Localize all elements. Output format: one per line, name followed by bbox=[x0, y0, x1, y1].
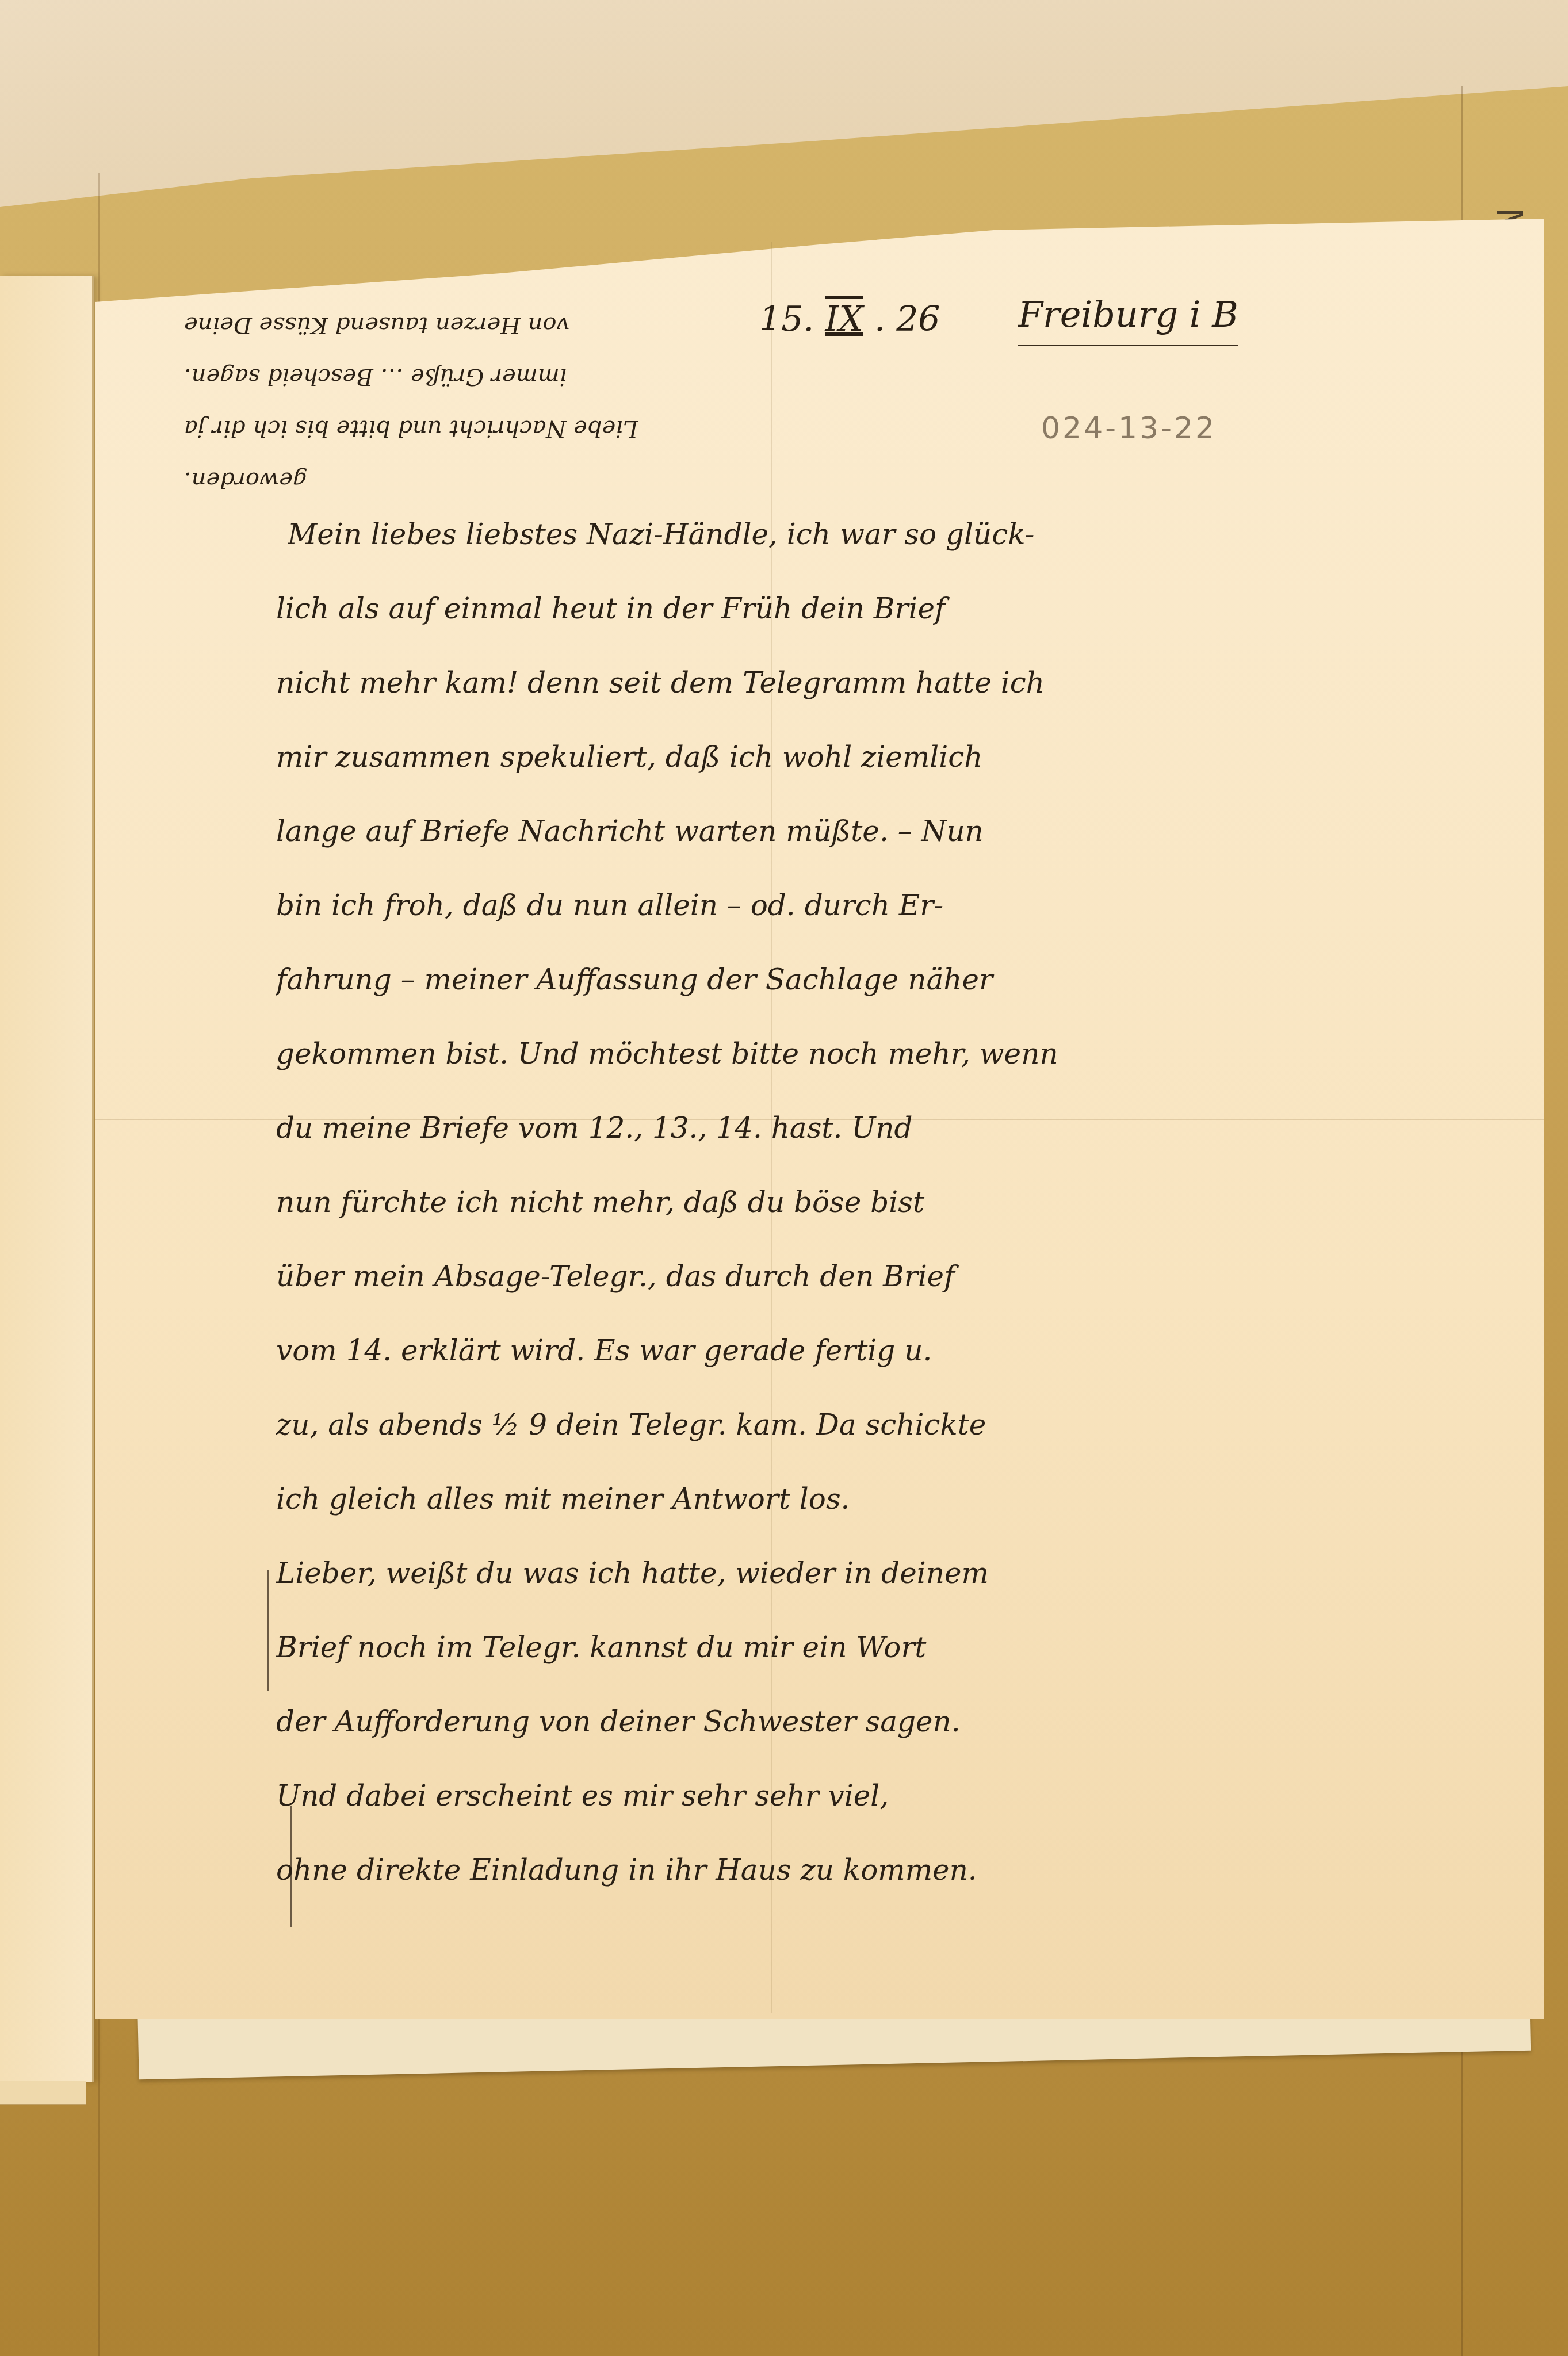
upside-down-margin-note: geworden. Liebe Nachricht und bitte bis … bbox=[184, 299, 765, 506]
margin-note-line: geworden. bbox=[184, 454, 765, 506]
body-line: ich gleich alles mit meiner Antwort los. bbox=[276, 1482, 1496, 1556]
body-line: ohne direkte Einladung in ihr Haus zu ko… bbox=[276, 1853, 1496, 1927]
left-page-stack bbox=[0, 276, 94, 2082]
body-line: mir zusammen spekuliert, daß ich wohl zi… bbox=[276, 740, 1496, 814]
date-month: IX bbox=[825, 299, 863, 339]
body-line: Mein liebes liebstes Nazi-Händle, ich wa… bbox=[288, 518, 1496, 592]
body-line: du meine Briefe vom 12., 13., 14. hast. … bbox=[276, 1111, 1496, 1185]
body-line: Und dabei erscheint es mir sehr sehr vie… bbox=[276, 1779, 1496, 1853]
body-line: gekommen bist. Und möchtest bitte noch m… bbox=[276, 1037, 1496, 1111]
margin-note-line: von Herzen tausend Küsse Deine bbox=[184, 299, 765, 351]
body-line: nun fürchte ich nicht mehr, daß du böse … bbox=[276, 1185, 1496, 1260]
body-line: Brief noch im Telegr. kannst du mir ein … bbox=[276, 1631, 1496, 1705]
body-line: fahrung – meiner Auffassung der Sachlage… bbox=[276, 963, 1496, 1037]
date-day: 15. bbox=[759, 299, 814, 339]
margin-mark bbox=[267, 1570, 269, 1691]
body-line: bin ich froh, daß du nun allein – od. du… bbox=[276, 889, 1496, 963]
body-line: zu, als abends ½ 9 dein Telegr. kam. Da … bbox=[276, 1408, 1496, 1482]
body-line: der Aufforderung von deiner Schwester sa… bbox=[276, 1705, 1496, 1779]
date-year: . 26 bbox=[874, 299, 940, 339]
body-line: lange auf Briefe Nachricht warten müßte.… bbox=[276, 814, 1496, 889]
margin-note-line: Liebe Nachricht und bitte bis ich dir ja bbox=[184, 403, 765, 454]
body-line: vom 14. erklärt wird. Es war gerade fert… bbox=[276, 1334, 1496, 1408]
body-line: Lieber, weißt du was ich hatte, wieder i… bbox=[276, 1556, 1496, 1631]
letter-place: Freiburg i B bbox=[1018, 293, 1238, 346]
body-line: über mein Absage-Telegr., das durch den … bbox=[276, 1260, 1496, 1334]
letter-body: Mein liebes liebstes Nazi-Händle, ich wa… bbox=[288, 518, 1496, 1927]
archive-number: 024-13-22 bbox=[1041, 411, 1217, 446]
body-line: lich als auf einmal heut in der Früh dei… bbox=[276, 592, 1496, 666]
body-line: nicht mehr kam! denn seit dem Telegramm … bbox=[276, 666, 1496, 740]
letter-date: 15. IX . 26 bbox=[759, 299, 940, 339]
margin-note-line: immer Grüße … Bescheid sagen. bbox=[184, 351, 765, 403]
